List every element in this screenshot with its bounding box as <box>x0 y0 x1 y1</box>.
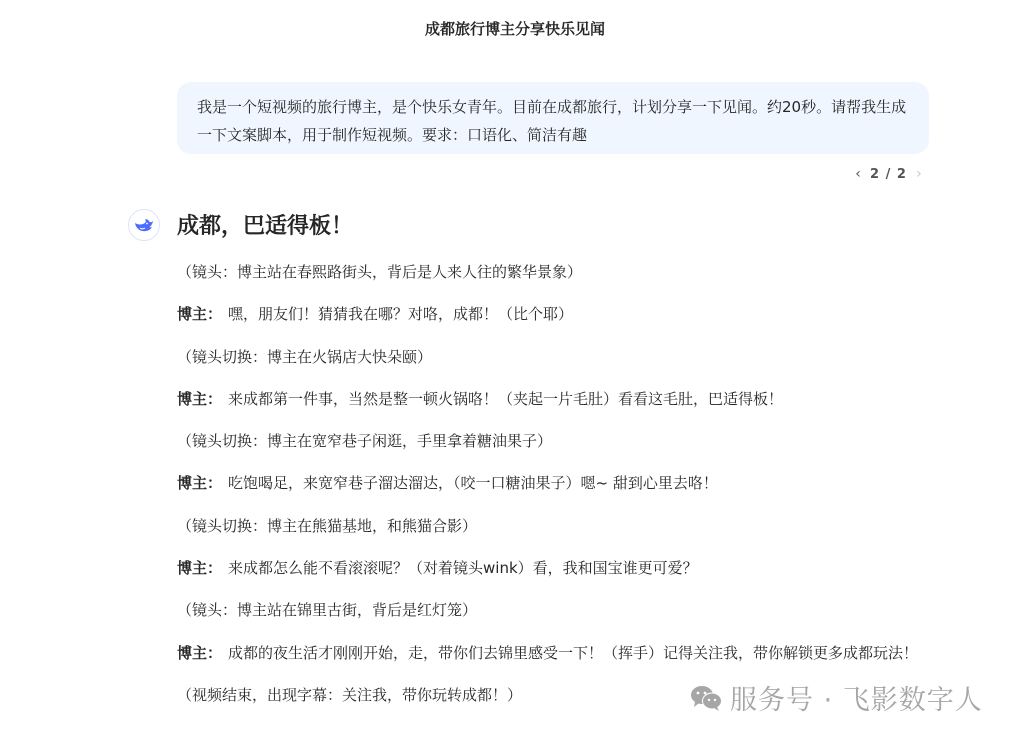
script-direction-line: （镜头切换：博主在火锅店大快朵颐） <box>177 343 937 371</box>
response-count: 2 / 2 <box>870 167 907 182</box>
script-body: （镜头：博主站在春熙路街头，背后是人来人往的繁华景象） 博主：嘿，朋友们！猜猜我… <box>177 258 937 723</box>
line-text: 来成都怎么能不看滚滚呢？（对着镜头wink）看，我和国宝谁更可爱？ <box>228 559 698 577</box>
line-text: （镜头切换：博主在火锅店大快朵颐） <box>177 348 432 366</box>
wechat-icon <box>690 684 724 712</box>
response-pager: ‹ 2 / 2 › <box>850 164 927 184</box>
assistant-avatar <box>128 209 160 241</box>
conversation-title: 成都旅行博主分享快乐见闻 <box>0 18 1030 39</box>
line-text: 嘿，朋友们！猜猜我在哪？对咯，成都！（比个耶） <box>228 305 573 323</box>
chevron-left-icon[interactable]: ‹ <box>850 166 866 182</box>
line-text: （镜头：博主站在春熙路街头，背后是人来人往的繁华景象） <box>177 263 582 281</box>
script-dialogue-line: 博主：吃饱喝足，来宽窄巷子溜达溜达，（咬一口糖油果子）嗯~ 甜到心里去咯！ <box>177 469 937 497</box>
script-direction-line: （镜头：博主站在锦里古街，背后是红灯笼） <box>177 596 937 624</box>
script-dialogue-line: 博主：来成都怎么能不看滚滚呢？（对着镜头wink）看，我和国宝谁更可爱？ <box>177 554 937 582</box>
user-message-bubble: 我是一个短视频的旅行博主，是个快乐女青年。目前在成都旅行，计划分享一下见闻。约2… <box>177 82 929 154</box>
line-text: 来成都第一件事，当然是整一顿火锅咯！（夹起一片毛肚）看看这毛肚，巴适得板！ <box>228 390 783 408</box>
line-text: （镜头切换：博主在熊猫基地，和熊猫合影） <box>177 517 477 535</box>
speaker-label: 博主： <box>177 644 222 662</box>
script-direction-line: （镜头：博主站在春熙路街头，背后是人来人往的繁华景象） <box>177 258 937 286</box>
speaker-label: 博主： <box>177 390 222 408</box>
answer-title: 成都，巴适得板！ <box>177 211 353 243</box>
speaker-label: 博主： <box>177 559 222 577</box>
script-direction-line: （镜头切换：博主在熊猫基地，和熊猫合影） <box>177 512 937 540</box>
speaker-label: 博主： <box>177 474 222 492</box>
chevron-right-icon[interactable]: › <box>911 166 927 182</box>
line-text: 吃饱喝足，来宽窄巷子溜达溜达，（咬一口糖油果子）嗯~ 甜到心里去咯！ <box>228 474 718 492</box>
user-message-text: 我是一个短视频的旅行博主，是个快乐女青年。目前在成都旅行，计划分享一下见闻。约2… <box>197 98 906 144</box>
whale-logo-icon <box>134 217 154 233</box>
watermark-text: 服务号 · 飞影数字人 <box>730 678 983 717</box>
script-direction-line: （镜头切换：博主在宽窄巷子闲逛，手里拿着糖油果子） <box>177 427 937 455</box>
script-dialogue-line: 博主：成都的夜生活才刚刚开始，走，带你们去锦里感受一下！（挥手）记得关注我，带你… <box>177 639 937 667</box>
speaker-label: 博主： <box>177 305 222 323</box>
script-dialogue-line: 博主：嘿，朋友们！猜猜我在哪？对咯，成都！（比个耶） <box>177 300 937 328</box>
line-text: （视频结束，出现字幕：关注我，带你玩转成都！） <box>177 686 522 704</box>
script-dialogue-line: 博主：来成都第一件事，当然是整一顿火锅咯！（夹起一片毛肚）看看这毛肚，巴适得板！ <box>177 385 937 413</box>
line-text: 成都的夜生活才刚刚开始，走，带你们去锦里感受一下！（挥手）记得关注我，带你解锁更… <box>228 644 918 662</box>
line-text: （镜头：博主站在锦里古街，背后是红灯笼） <box>177 601 477 619</box>
line-text: （镜头切换：博主在宽窄巷子闲逛，手里拿着糖油果子） <box>177 432 552 450</box>
watermark: 服务号 · 飞影数字人 <box>690 678 983 717</box>
